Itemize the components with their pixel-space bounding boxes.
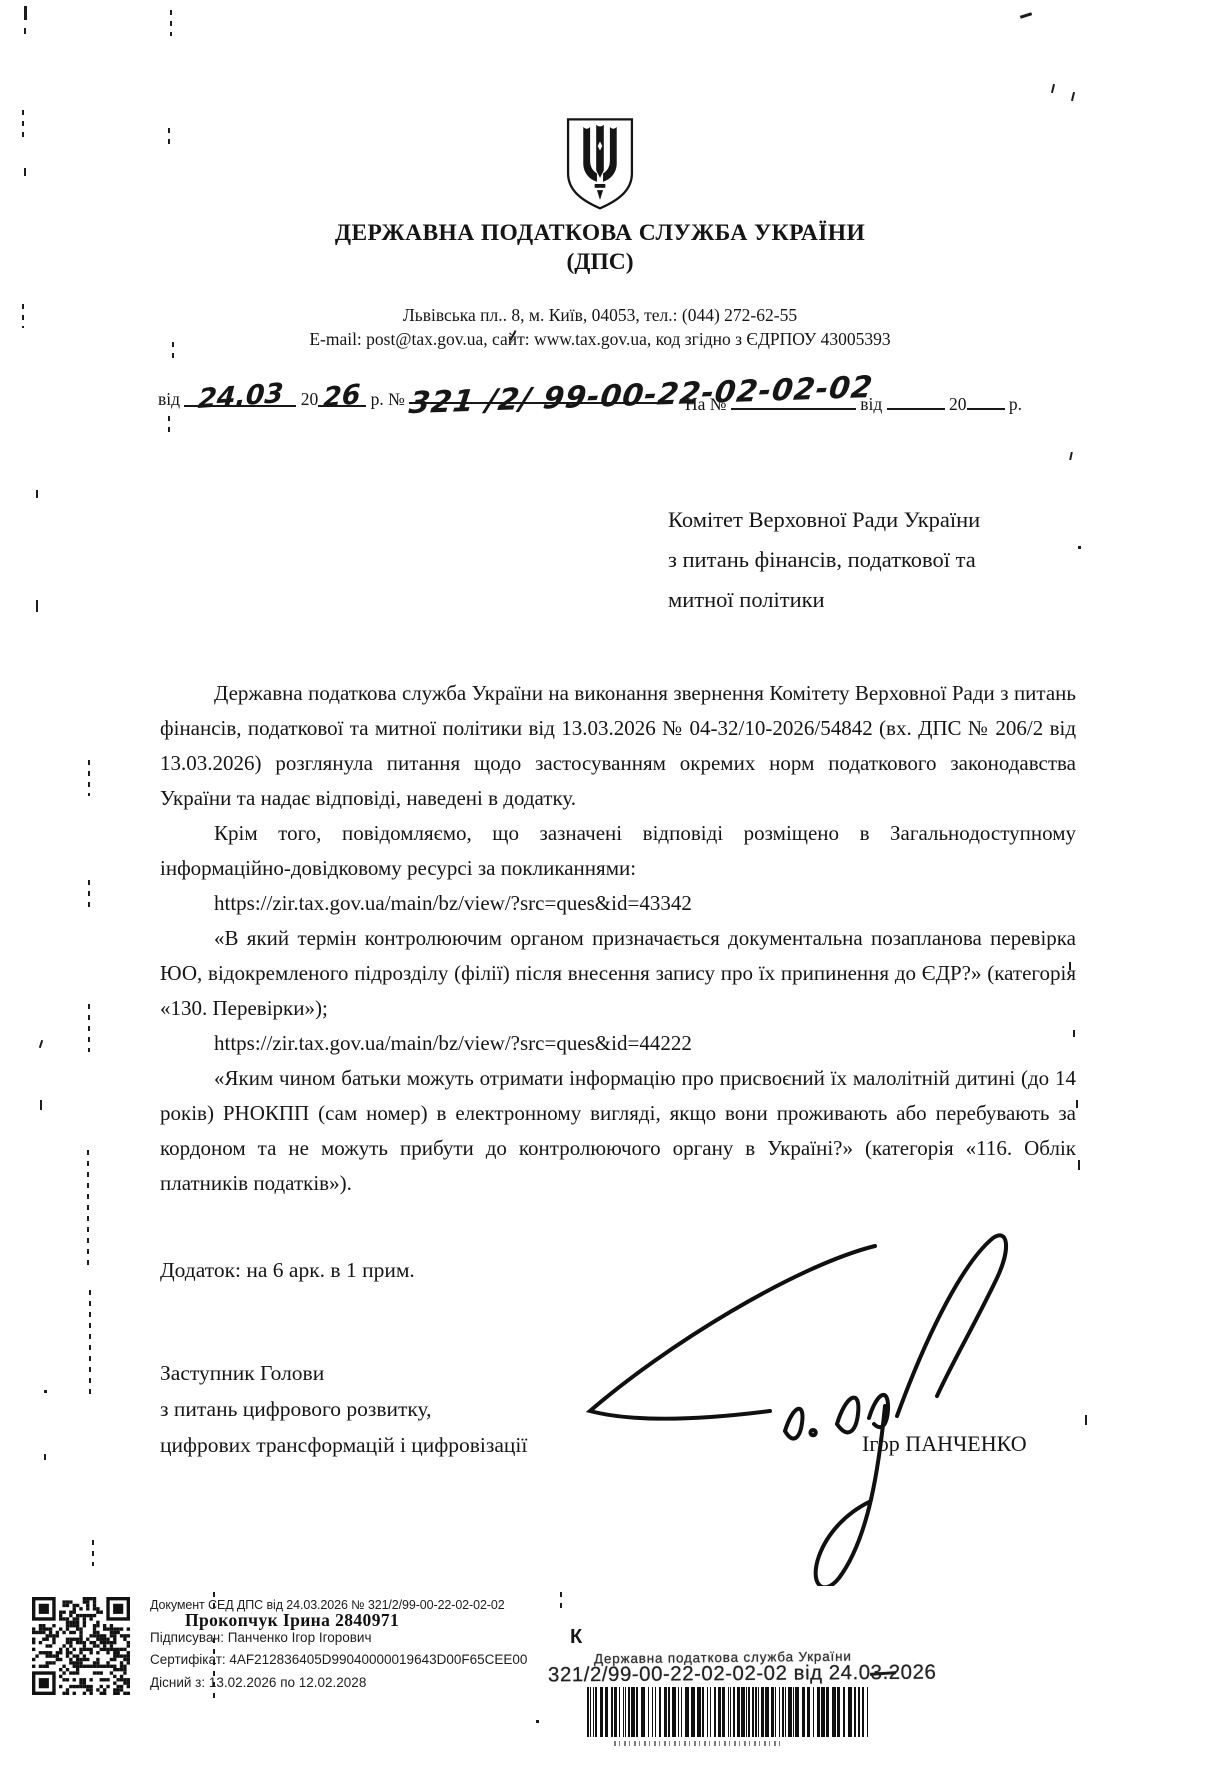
scan-artifact [560, 1592, 562, 1614]
scan-artifact [170, 10, 172, 36]
letter-body: Державна податкова служба України на вик… [160, 676, 1076, 1201]
scan-artifact [1069, 452, 1073, 460]
scan-artifact [89, 1290, 91, 1400]
reply-no-slot [731, 384, 856, 410]
addressee-line: Комітет Верховної Ради України [668, 500, 1088, 540]
handwritten-signature [545, 1186, 1065, 1586]
signer-name: Ігор ПАНЧЕНКО [862, 1431, 1027, 1457]
scan-artifact [24, 28, 26, 34]
reply-year-suffix: р. [1009, 394, 1022, 414]
scan-artifact [44, 1454, 46, 1460]
scanned-letter-page: ДЕРЖАВНА ПОДАТКОВА СЛУЖБА УКРАЇНИ (ДПС) … [0, 0, 1232, 1768]
scan-artifact [44, 1390, 47, 1393]
scan-artifact [88, 1004, 90, 1052]
org-abbreviation: (ДПС) [140, 249, 1060, 276]
scan-artifact [1078, 1160, 1080, 1170]
scan-artifact [1076, 1100, 1078, 1108]
scan-artifact [24, 168, 26, 176]
quoted-question-2: «Яким чином батьки можуть отримати інфор… [160, 1061, 1076, 1201]
org-name: ДЕРЖАВНА ПОДАТКОВА СЛУЖБА УКРАЇНИ [140, 220, 1060, 247]
outgoing-reference-row: від 24.03 2026 р. № 321 /2/ 99-00-22-02-… [158, 378, 667, 410]
attachment-line: Додаток: на 6 арк. в 1 прим. [160, 1258, 415, 1283]
zir-link-2: https://zir.tax.gov.ua/main/bz/view/?src… [160, 1026, 1076, 1061]
year-slot: 26 [318, 381, 366, 407]
reply-no-label: На № [685, 394, 726, 414]
reply-year-slot [967, 384, 1005, 410]
barcode [587, 1687, 869, 1737]
stamp-registrar-name: Прокопчук Ірина 2840971 [185, 1610, 399, 1631]
scan-artifact [168, 128, 170, 150]
reply-date-slot [887, 384, 945, 410]
reply-year-prefix: 20 [949, 394, 967, 414]
date-slot: 24.03 [184, 381, 296, 407]
signer-position-line: Заступник Голови [160, 1355, 527, 1391]
scan-artifact [213, 1592, 215, 1608]
year-prefix: 20 [301, 389, 319, 409]
addressee-line: митної політики [668, 580, 1088, 620]
scan-artifact [1078, 546, 1081, 549]
scan-artifact [1071, 92, 1075, 101]
scan-artifact [213, 1638, 215, 1700]
scan-artifact [1069, 962, 1071, 970]
scan-artifact [40, 1100, 42, 1110]
scan-artifact [22, 304, 24, 328]
scan-artifact [1020, 12, 1032, 19]
scan-artifact [1051, 84, 1055, 93]
scan-artifact [88, 880, 90, 910]
scan-artifact [87, 1150, 89, 1270]
scan-artifact [1085, 1415, 1087, 1425]
reply-from-label: від [860, 394, 882, 414]
signer-position-block: Заступник Голови з питань цифрового розв… [160, 1355, 527, 1463]
signer-position-line: цифрових трансформацій і цифровізації [160, 1427, 527, 1463]
qr-code [32, 1597, 130, 1695]
barcode-letter: К [570, 1626, 582, 1649]
scan-artifact [92, 1540, 94, 1566]
after-year-label: р. № [371, 389, 405, 409]
scan-artifact [536, 1720, 539, 1723]
from-label: від [158, 389, 180, 409]
org-address-line: Львівська пл.. 8, м. Київ, 04053, тел.: … [140, 305, 1060, 326]
barcode-caption-strip [614, 1741, 784, 1746]
addressee-block: Комітет Верховної Ради України з питань … [668, 500, 1088, 620]
paragraph: Державна податкова служба України на вик… [160, 676, 1076, 816]
scan-artifact [24, 6, 27, 20]
org-contact-line: E-mail: post@tax.gov.ua, сайт: www.tax.g… [140, 329, 1060, 350]
scan-artifact [88, 760, 90, 796]
handwritten-year: 26 [323, 379, 361, 414]
scan-artifact [22, 110, 24, 138]
number-slot: 321 /2/ 99-00-22-02-02-02 [409, 378, 667, 404]
scan-artifact [36, 600, 38, 612]
handwritten-date: 24.03 [197, 378, 284, 415]
zir-link-1: https://zir.tax.gov.ua/main/bz/view/?src… [160, 886, 1076, 921]
stamp-signer-line: Підписувач: Панченко Ігор Ігорович [150, 1630, 371, 1645]
incoming-reference-row: На № від 20 р. [685, 384, 1022, 415]
stamp-validity-line: Дісний з: 13.02.2026 по 12.02.2028 [150, 1675, 366, 1690]
paragraph: Крім того, повідомляємо, що зазначені ві… [160, 816, 1076, 886]
signer-position-line: з питань цифрового розвитку, [160, 1391, 527, 1427]
stamp-certificate-line: Сертифікат: 4AF212836405D99040000019643D… [150, 1652, 527, 1667]
scan-artifact [172, 342, 174, 360]
addressee-line: з питань фінансів, податкової та [668, 540, 1088, 580]
scan-artifact [1073, 1030, 1075, 1037]
scan-artifact [36, 490, 38, 498]
quoted-question-1: «В який термін контролюючим органом приз… [160, 921, 1076, 1026]
scan-artifact [168, 416, 170, 432]
coat-of-arms-trident-icon [562, 104, 638, 226]
scan-artifact [39, 1040, 43, 1048]
